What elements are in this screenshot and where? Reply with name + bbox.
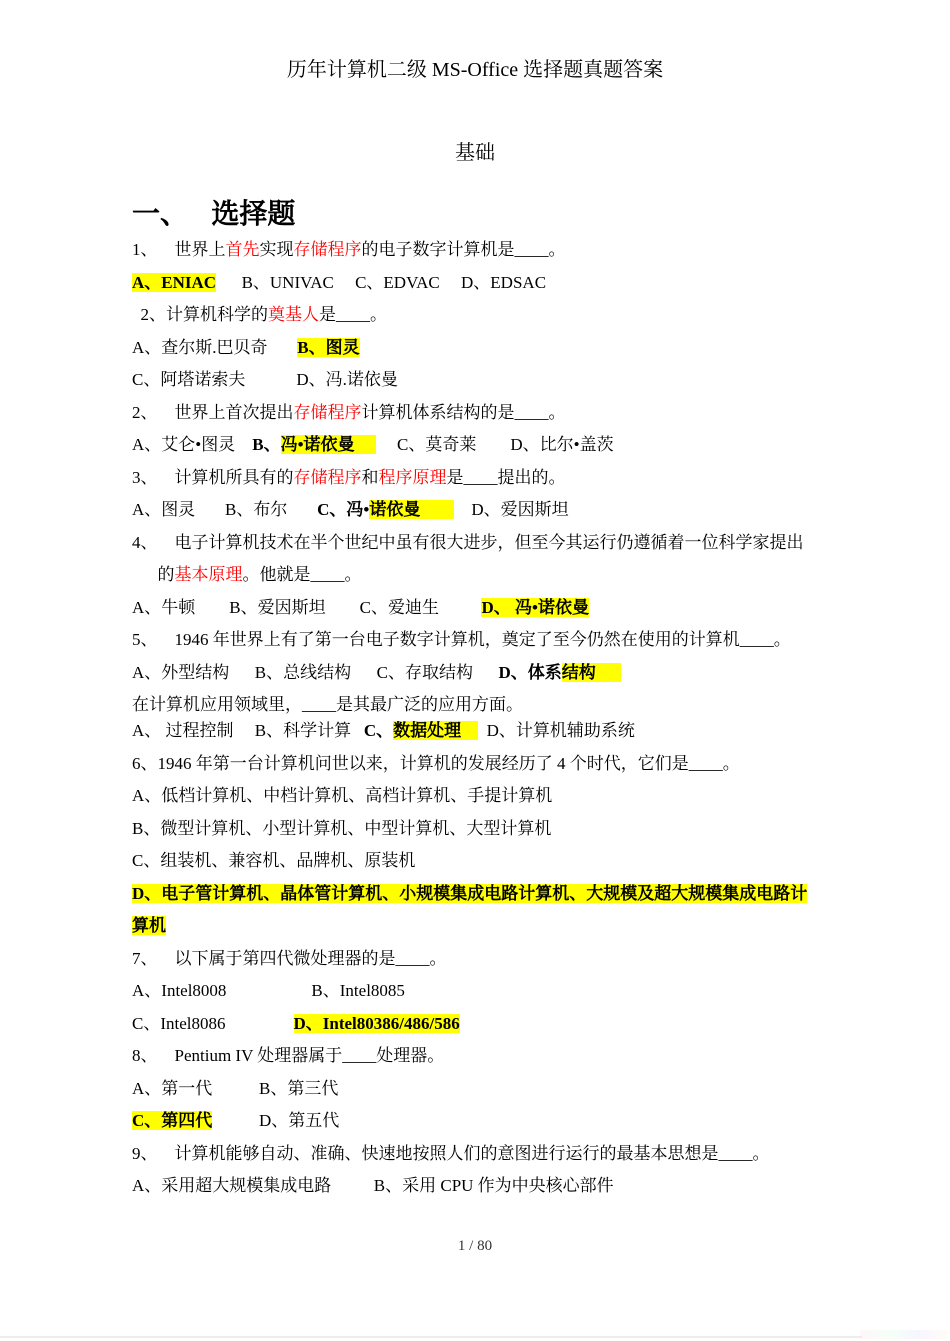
- text-segment: [355, 435, 376, 454]
- options-2-row-1: A、查尔斯.巴贝奇 B、图灵: [132, 337, 950, 359]
- text-segment: 数据处理: [393, 721, 461, 740]
- question-8: 8、 Pentium IV 处理器属于____处理器。: [132, 1045, 950, 1067]
- option-6-d-line-2: 算机: [132, 915, 950, 937]
- text-segment: D、 冯•诺依曼: [481, 598, 588, 617]
- question-6: 6、1946 年第一台计算机问世以来，计算机的发展经历了 4 个时代，它们是__…: [132, 753, 950, 775]
- question-5b: 在计算机应用领域里，____是其最广泛的应用方面。: [132, 694, 950, 716]
- options-8-row-1: A、第一代 B、第三代: [132, 1078, 950, 1100]
- text-segment: 基本原理: [175, 565, 243, 584]
- options-4: A、牛顿 B、爱因斯坦 C、爱迪生 D、 冯•诺依曼: [132, 597, 950, 619]
- document-title: 历年计算机二级 MS-Office 选择题真题答案: [0, 57, 950, 83]
- text-segment: D、电子管计算机、晶体管计算机、小规模集成电路计算机、大规模及超大规模集成电路计: [132, 884, 807, 903]
- text-segment: 7、 以下属于第四代微处理器的是____。: [132, 949, 447, 968]
- text-segment: D、计算机辅助系统: [478, 721, 635, 740]
- question-4-line-1: 4、 电子计算机技术在半个世纪中虽有很大进步，但至今其运行仍遵循着一位科学家提出: [132, 532, 950, 554]
- text-segment: A、低档计算机、中档计算机、高档计算机、手提计算机: [132, 786, 552, 805]
- options-1: A、ENIAC B、UNIVAC C、EDVAC D、EDSAC: [132, 272, 950, 294]
- text-segment: A、ENIAC: [132, 273, 216, 292]
- text-segment: C、冯•: [317, 500, 369, 519]
- document-lines: 1、 世界上首先实现存储程序的电子数字计算机是____。A、ENIAC B、UN…: [132, 239, 950, 1197]
- document-page: 历年计算机二级 MS-Office 选择题真题答案 基础 一、 选择题 1、 世…: [0, 0, 950, 1341]
- text-segment: 奠基人: [268, 305, 319, 324]
- text-segment: [596, 663, 622, 682]
- question-4-line-2: 的基本原理。他就是____。: [132, 564, 950, 586]
- text-segment: 2、 世界上首次提出: [132, 403, 294, 422]
- text-segment: C、: [364, 721, 393, 740]
- text-segment: 是____。: [319, 305, 387, 324]
- watermark: [860, 1330, 948, 1339]
- question-2: 2、计算机科学的奠基人是____。: [132, 304, 950, 326]
- section-heading: 一、 选择题: [132, 198, 950, 230]
- text-segment: A、查尔斯.巴贝奇: [132, 338, 297, 357]
- text-segment: 冯•诺依曼: [281, 435, 355, 454]
- text-segment: D、体系: [498, 663, 561, 682]
- text-segment: D、第五代: [212, 1111, 339, 1130]
- text-segment: 程序原理: [379, 468, 447, 487]
- text-segment: C、莫奇莱 D、比尔•盖茨: [376, 435, 614, 454]
- options-7-row-2: C、Intel8086 D、Intel80386/486/586: [132, 1013, 950, 1035]
- text-segment: [461, 721, 478, 740]
- options-3: A、图灵 B、布尔 C、冯•诺依曼 D、爱因斯坦: [132, 499, 950, 521]
- text-segment: B、UNIVAC C、EDVAC D、EDSAC: [216, 273, 546, 292]
- text-segment: B、图灵: [297, 338, 359, 357]
- options-7-row-1: A、Intel8008 B、Intel8085: [132, 980, 950, 1002]
- text-segment: 1、 世界上: [132, 240, 226, 259]
- text-segment: [420, 500, 454, 519]
- text-segment: A、Intel8008 B、Intel8085: [132, 981, 405, 1000]
- text-segment: 。他就是____。: [243, 565, 362, 584]
- text-segment: 5、 1946 年世界上有了第一台电子数字计算机，奠定了至今仍然在使用的计算机_…: [132, 630, 791, 649]
- text-segment: 在计算机应用领域里，____是其最广泛的应用方面。: [132, 695, 523, 714]
- text-segment: A、牛顿 B、爱因斯坦 C、爱迪生: [132, 598, 481, 617]
- text-segment: 6、1946 年第一台计算机问世以来，计算机的发展经历了 4 个时代，它们是__…: [132, 754, 740, 773]
- question-2b: 2、 世界上首次提出存储程序计算机体系结构的是____。: [132, 402, 950, 424]
- options-8-row-2: C、第四代 D、第五代: [132, 1110, 950, 1132]
- text-segment: D、Intel80386/486/586: [294, 1014, 460, 1033]
- text-segment: B、: [252, 435, 280, 454]
- text-segment: 首先: [226, 240, 260, 259]
- text-segment: C、第四代: [132, 1111, 212, 1130]
- text-segment: 8、 Pentium IV 处理器属于____处理器。: [132, 1046, 444, 1065]
- text-segment: 实现: [260, 240, 294, 259]
- options-2b: A、艾仑•图灵 B、冯•诺依曼 C、莫奇莱 D、比尔•盖茨: [132, 434, 950, 456]
- question-3: 3、 计算机所具有的存储程序和程序原理是____提出的。: [132, 467, 950, 489]
- option-6-b: B、微型计算机、小型计算机、中型计算机、大型计算机: [132, 818, 950, 840]
- option-6-c: C、组装机、兼容机、品牌机、原装机: [132, 850, 950, 872]
- text-segment: C、Intel8086: [132, 1014, 294, 1033]
- text-segment: A、第一代 B、第三代: [132, 1079, 338, 1098]
- options-9: A、采用超大规模集成电路 B、采用 CPU 作为中央核心部件: [132, 1175, 950, 1197]
- text-segment: 存储程序: [294, 240, 362, 259]
- text-segment: 是____提出的。: [447, 468, 566, 487]
- text-segment: 2、计算机科学的: [132, 305, 268, 324]
- text-segment: 算机: [132, 916, 166, 935]
- text-segment: 3、 计算机所具有的: [132, 468, 294, 487]
- text-segment: 的: [132, 565, 175, 584]
- question-5: 5、 1946 年世界上有了第一台电子数字计算机，奠定了至今仍然在使用的计算机_…: [132, 629, 950, 651]
- text-segment: A、图灵 B、布尔: [132, 500, 317, 519]
- text-segment: C、阿塔诺索夫 D、冯.诺依曼: [132, 370, 398, 389]
- text-segment: 的电子数字计算机是____。: [362, 240, 566, 259]
- text-segment: 诺依曼: [369, 500, 420, 519]
- question-9: 9、 计算机能够自动、准确、快速地按照人们的意图进行运行的最基本思想是____。: [132, 1143, 950, 1165]
- text-segment: 4、 电子计算机技术在半个世纪中虽有很大进步，但至今其运行仍遵循着一位科学家提出: [132, 533, 804, 552]
- text-segment: 和: [362, 468, 379, 487]
- text-segment: 结构: [562, 663, 596, 682]
- question-7: 7、 以下属于第四代微处理器的是____。: [132, 948, 950, 970]
- option-6-a: A、低档计算机、中档计算机、高档计算机、手提计算机: [132, 785, 950, 807]
- question-1: 1、 世界上首先实现存储程序的电子数字计算机是____。: [132, 239, 950, 261]
- text-segment: 计算机体系结构的是____。: [362, 403, 566, 422]
- text-segment: D、爱因斯坦: [454, 500, 568, 519]
- text-segment: 9、 计算机能够自动、准确、快速地按照人们的意图进行运行的最基本思想是____。: [132, 1144, 770, 1163]
- page-number: 1 / 80: [0, 1238, 950, 1255]
- text-segment: A、 过程控制 B、科学计算: [132, 721, 364, 740]
- text-segment: A、外型结构 B、总线结构 C、存取结构: [132, 663, 498, 682]
- text-segment: B、微型计算机、小型计算机、中型计算机、大型计算机: [132, 819, 551, 838]
- text-segment: 存储程序: [294, 403, 362, 422]
- text-segment: C、组装机、兼容机、品牌机、原装机: [132, 851, 415, 870]
- options-5b: A、 过程控制 B、科学计算 C、数据处理 D、计算机辅助系统: [132, 720, 950, 742]
- option-6-d-line-1: D、电子管计算机、晶体管计算机、小规模集成电路计算机、大规模及超大规模集成电路计: [132, 883, 950, 905]
- options-5: A、外型结构 B、总线结构 C、存取结构 D、体系结构: [132, 662, 950, 684]
- options-2-row-2: C、阿塔诺索夫 D、冯.诺依曼: [132, 369, 950, 391]
- text-segment: A、艾仑•图灵: [132, 435, 252, 454]
- text-segment: 存储程序: [294, 468, 362, 487]
- section-subtitle: 基础: [0, 140, 950, 166]
- page-bottom-divider: [0, 1336, 862, 1338]
- text-segment: A、采用超大规模集成电路 B、采用 CPU 作为中央核心部件: [132, 1176, 614, 1195]
